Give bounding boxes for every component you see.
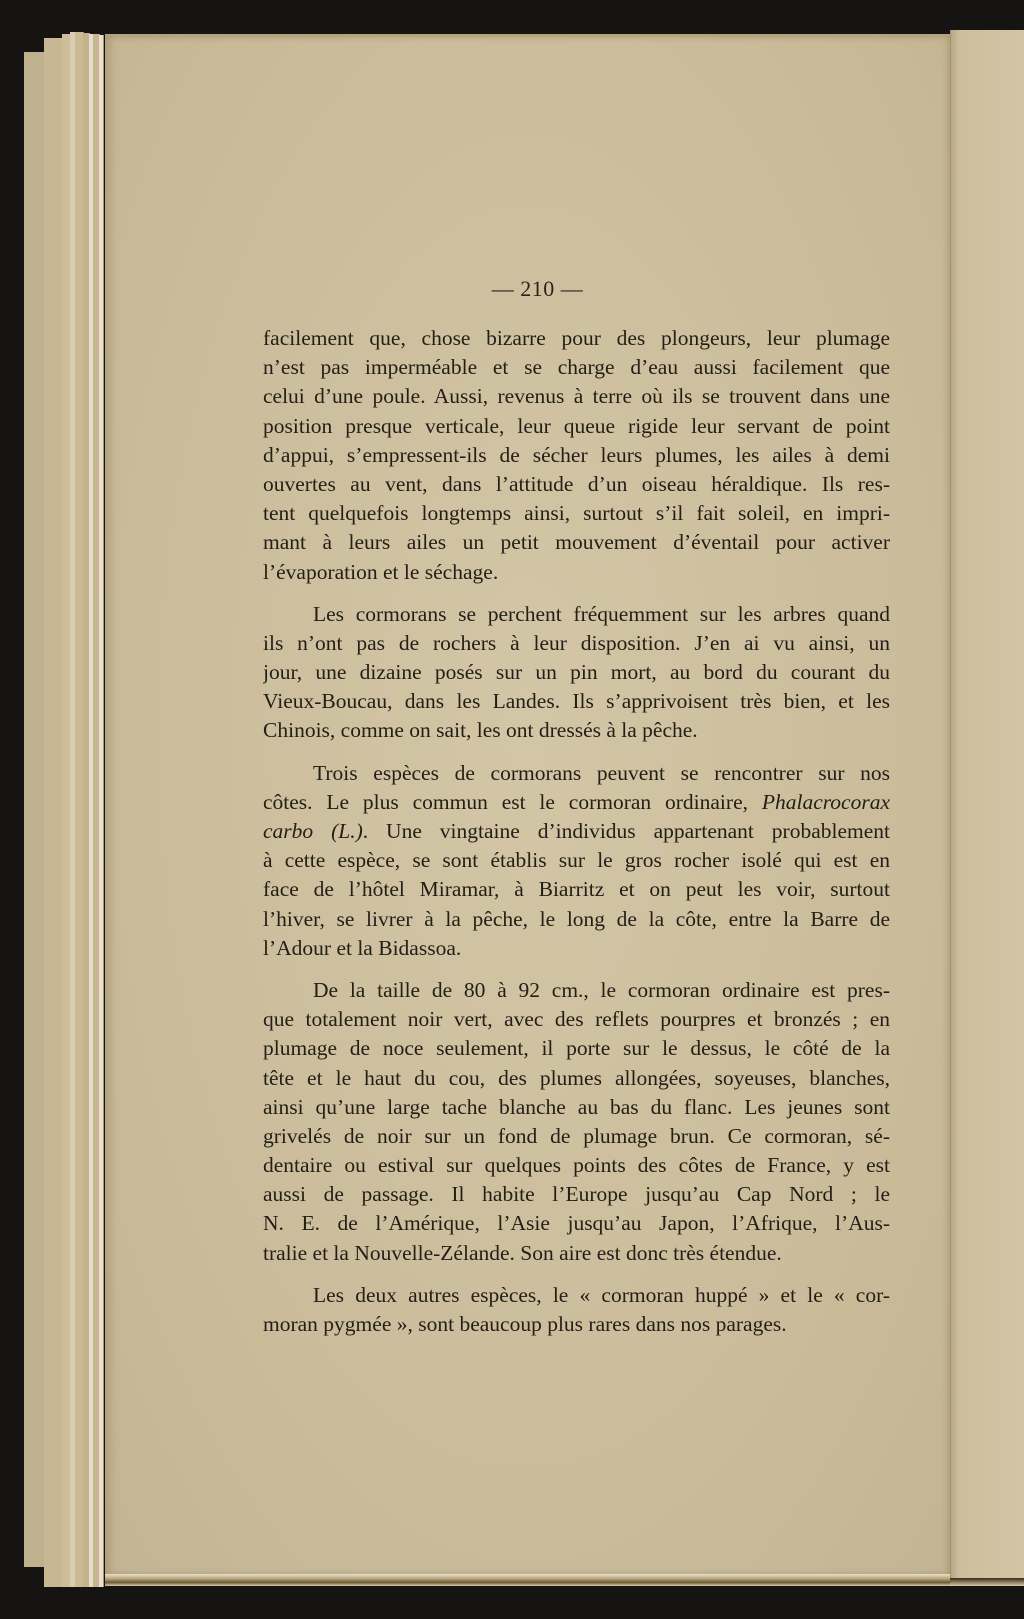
- text-line: Les cormorans se perchent fréquemment su…: [263, 600, 890, 629]
- text-line: mant à leurs ailes un petit mouvement d’…: [263, 528, 890, 557]
- paragraph-3: Trois espèces de cormorans peuvent se re…: [263, 759, 890, 963]
- text-line: tent quelquefois longtemps ainsi, surtou…: [263, 499, 890, 528]
- text-line: grivelés de noir sur un fond de plumage …: [263, 1122, 890, 1151]
- paragraph-1: facilement que, chose bizarre pour des p…: [263, 324, 890, 587]
- text-line: Vieux-Boucau, dans les Landes. Ils s’app…: [263, 687, 890, 716]
- text-line: l’évaporation et le séchage.: [263, 558, 890, 587]
- text-line-with-italic: carbo (L.). Une vingtaine d’individus ap…: [263, 817, 890, 846]
- adjacent-page-bottom-edge: [950, 1578, 1024, 1586]
- text-line: face de l’hôtel Miramar, à Biarritz et o…: [263, 875, 890, 904]
- page-bottom-edge: [105, 1574, 950, 1586]
- text-line: Les deux autres espèces, le « cormoran h…: [263, 1281, 890, 1310]
- text-line: ils n’ont pas de rochers à leur disposit…: [263, 629, 890, 658]
- book-page: — 210 — facilement que, chose bizarre po…: [105, 34, 950, 1578]
- text-line: que totalement noir vert, avec des refle…: [263, 1005, 890, 1034]
- text-line: dentaire ou estival sur quelques points …: [263, 1151, 890, 1180]
- text-run: côtes. Le plus commun est le cormoran or…: [263, 790, 748, 814]
- adjacent-page-edge: [950, 30, 1024, 1578]
- text-line: à cette espèce, se sont établis sur le g…: [263, 846, 890, 875]
- text-line: N. E. de l’Amérique, l’Asie jusqu’au Jap…: [263, 1209, 890, 1238]
- text-line: plumage de noce seulement, il porte sur …: [263, 1034, 890, 1063]
- text-line: ainsi qu’une large tache blanche au bas …: [263, 1093, 890, 1122]
- text-line: l’hiver, se livrer à la pêche, le long d…: [263, 905, 890, 934]
- text-line: moran pygmée », sont beaucoup plus rares…: [263, 1310, 890, 1339]
- text-line: celui d’une poule. Aussi, revenus à terr…: [263, 382, 890, 411]
- page-leaf: [99, 35, 104, 1587]
- paragraph-2: Les cormorans se perchent fréquemment su…: [263, 600, 890, 746]
- text-line: l’Adour et la Bidassoa.: [263, 934, 890, 963]
- text-line: Trois espèces de cormorans peuvent se re…: [263, 759, 890, 788]
- paragraph-4: De la taille de 80 à 92 cm., le cormoran…: [263, 976, 890, 1268]
- text-run: . Une vingtaine d’individus appartenant …: [363, 819, 890, 843]
- text-line: n’est pas imperméable et se charge d’eau…: [263, 353, 890, 382]
- page-number: — 210 —: [105, 276, 950, 302]
- text-line: jour, une dizaine posés sur un pin mort,…: [263, 658, 890, 687]
- body-text: facilement que, chose bizarre pour des p…: [263, 324, 890, 1352]
- text-line: tête et le haut du cou, des plumes allon…: [263, 1064, 890, 1093]
- text-line: position presque verticale, leur queue r…: [263, 412, 890, 441]
- text-line: tralie et la Nouvelle-Zélande. Son aire …: [263, 1239, 890, 1268]
- species-name-italic: Phalacrocorax: [762, 790, 890, 814]
- text-line: De la taille de 80 à 92 cm., le cormoran…: [263, 976, 890, 1005]
- species-name-italic: carbo (L.): [263, 819, 363, 843]
- text-line-with-italic: côtes. Le plus commun est le cormoran or…: [263, 788, 890, 817]
- text-line: Chinois, comme on sait, les ont dressés …: [263, 716, 890, 745]
- text-line: aussi de passage. Il habite l’Europe jus…: [263, 1180, 890, 1209]
- text-line: ouvertes au vent, dans l’attitude d’un o…: [263, 470, 890, 499]
- book-page-edges: [24, 32, 114, 1587]
- paragraph-5: Les deux autres espèces, le « cormoran h…: [263, 1281, 890, 1339]
- text-line: d’appui, s’empressent-ils de sécher leur…: [263, 441, 890, 470]
- text-line: facilement que, chose bizarre pour des p…: [263, 324, 890, 353]
